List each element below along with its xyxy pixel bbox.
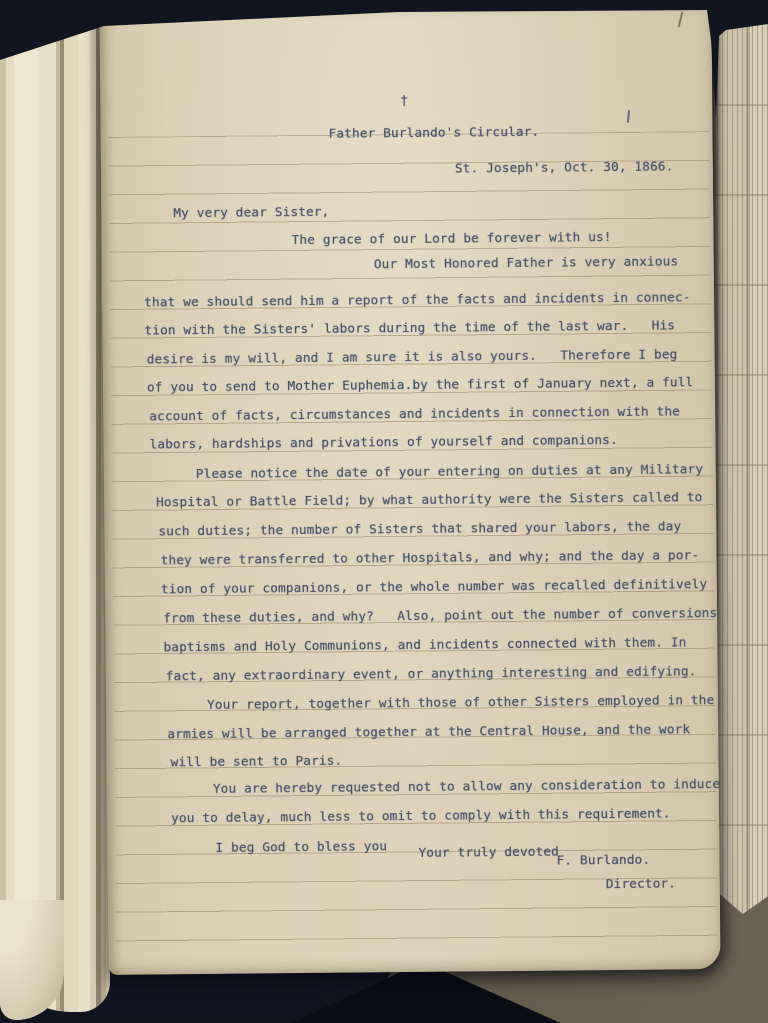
letter-body-line: tion of your companions, or the whole nu… <box>161 577 707 598</box>
letter-signature: F. Burlando. <box>556 853 650 870</box>
letter-body-line: will be sent to Paris. <box>171 754 343 772</box>
letter-body-line: baptisms and Holy Communions, and incide… <box>163 635 686 656</box>
letter-body-line: you to delay, much less to omit to compl… <box>171 807 671 828</box>
cross-icon: † <box>400 94 408 110</box>
letter-body-line: Hospital or Battle Field; by what author… <box>156 490 702 511</box>
letter-body-line: that we should send him a report of the … <box>144 290 690 311</box>
letter-closing: Your truly devoted <box>418 845 559 862</box>
letter-body-line: Please notice the date of your entering … <box>196 462 703 483</box>
letter-body: †Father Burlando's Circular.St. Joseph's… <box>99 5 720 975</box>
letter-body-line: Your report, together with those of othe… <box>207 693 714 714</box>
letter-body-line: You are hereby requested not to allow an… <box>213 777 720 798</box>
letter-body-line: such duties; the number of Sisters that … <box>158 519 681 540</box>
letter-greeting: The grace of our Lord be forever with us… <box>292 230 612 249</box>
letter-body-line: from these duties, and why? Also, point … <box>163 606 717 627</box>
letter-body-line: desire is my will, and I am sure it is a… <box>147 347 678 368</box>
letter-body-line: labors, hardships and privations of your… <box>149 433 617 453</box>
letter-signature-title: Director. <box>606 876 676 893</box>
book-left-page-stack <box>0 26 110 1012</box>
letter-salutation: My very dear Sister, <box>173 205 329 222</box>
letter-body-line: account of facts, circumstances and inci… <box>149 404 680 425</box>
letter-body-line: armies will be arranged together at the … <box>167 722 690 743</box>
letter-closing: I beg God to bless you <box>215 839 387 857</box>
letter-body-line: of you to send to Mother Euphemia.by the… <box>147 375 693 396</box>
ink-edge-mark <box>678 11 684 27</box>
letter-dateline: St. Joseph's, Oct. 30, 1866. <box>455 159 674 177</box>
book-right-page-stack <box>712 24 768 914</box>
page-curl <box>0 900 64 1020</box>
letter-heading: Father Burlando's Circular. <box>329 125 540 143</box>
photographed-letter-scene: †Father Burlando's Circular.St. Joseph's… <box>0 0 768 1023</box>
letter-body-line: fact, any extraordinary event, or anythi… <box>166 664 697 685</box>
letter-body-line: tion with the Sisters' labors during the… <box>144 318 675 339</box>
letter-page: †Father Burlando's Circular.St. Joseph's… <box>99 5 720 975</box>
letter-body-line: Our Most Honored Father is very anxious <box>374 254 679 273</box>
letter-body-line: they were transferred to other Hospitals… <box>161 548 700 569</box>
ink-stroke-mark <box>627 110 630 123</box>
